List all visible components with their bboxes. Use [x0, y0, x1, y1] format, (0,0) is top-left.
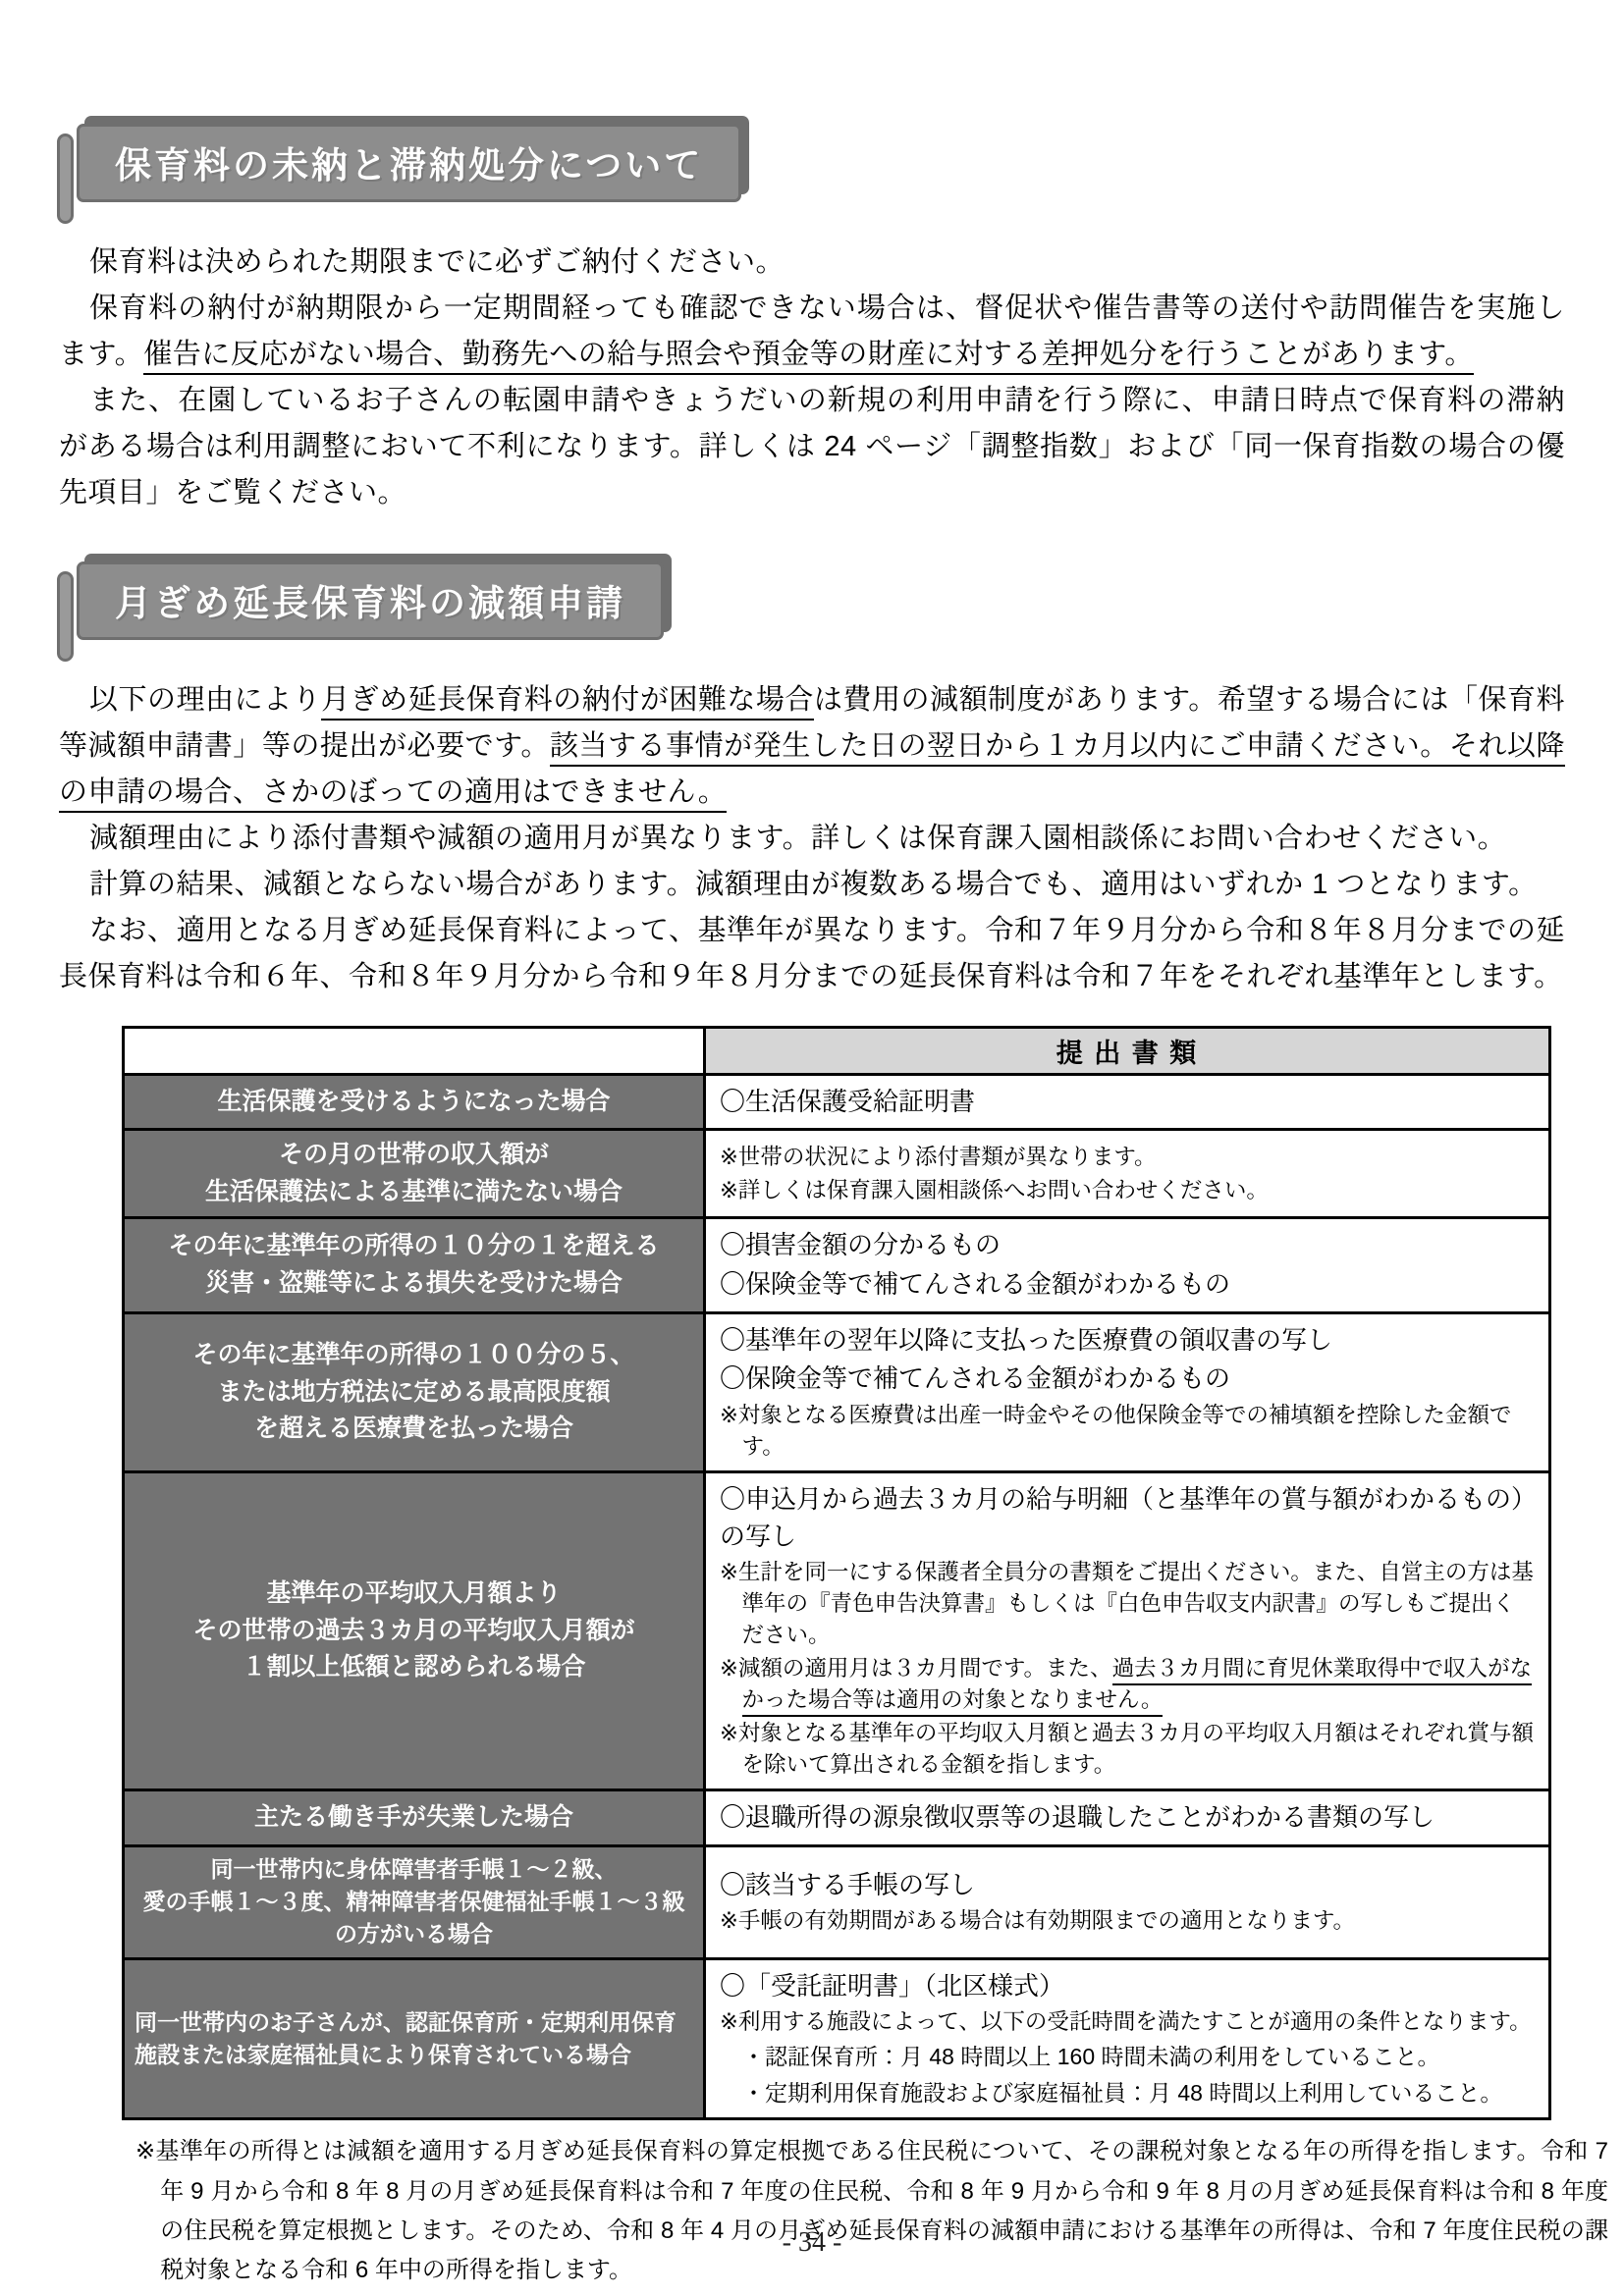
document-line: ・定期利用保育施設および家庭福祉員：月 48 時間以上利用していること。 [720, 2076, 1535, 2110]
document-line: ※利用する施設によって、以下の受託時間を満たすことが適用の条件となります。 [720, 2006, 1535, 2038]
table-row: その年に基準年の所得の１００分の５、 または地方税法に定める最高限度額 を超える… [124, 1312, 1550, 1471]
text-run: なお、適用となる月ぎめ延長保育料によって、基準年が異なります。令和７年９月分から… [59, 915, 1565, 992]
condition-cell: その年に基準年の所得の１０分の１を超える 災害・盗難等による損失を受けた場合 [124, 1218, 705, 1312]
document-line: ※手帳の有効期間がある場合は有効期限までの適用となります。 [720, 1905, 1535, 1937]
text-run: ※世帯の状況により添付書類が異なります。 [720, 1145, 1157, 1169]
documents-cell: 〇生活保護受給証明書 [705, 1074, 1550, 1130]
document-line: 〇生活保護受給証明書 [720, 1084, 1535, 1121]
text-run: 〇退職所得の源泉徴収票等の退職したことがわかる書類の写し [720, 1802, 1435, 1832]
section2-title: 月ぎめ延長保育料の減額申請 [115, 573, 625, 626]
paragraph: また、在園しているお子さんの転園申請やきょうだいの新規の利用申請を行う際に、申請… [59, 378, 1565, 516]
document-line: ※対象となる基準年の平均収入月額と過去３カ月の平均収入月額はそれぞれ賞与額を除い… [720, 1718, 1535, 1781]
documents-cell: 〇該当する手帳の写し※手帳の有効期間がある場合は有効期限までの適用となります。 [705, 1845, 1550, 1958]
text-run: ※減額の適用月は３カ月間です。また、 [720, 1656, 1112, 1681]
documents-cell: 〇基準年の翌年以降に支払った医療費の領収書の写し〇保険金等で補てんされる金額がわ… [705, 1312, 1550, 1471]
document-line: ※世帯の状況により添付書類が異なります。 [720, 1142, 1535, 1173]
section2-banner: 月ぎめ延長保育料の減額申請 [59, 561, 1565, 640]
text-run: ※詳しくは保育課入園相談係へお問い合わせください。 [720, 1178, 1269, 1202]
condition-cell: 同一世帯内のお子さんが、認証保育所・定期利用保育施設または家庭福祉員により保育さ… [124, 1958, 705, 2119]
document-line: 〇保険金等で補てんされる金額がわかるもの [720, 1266, 1535, 1304]
document-line: 〇「受託証明書」（北区様式） [720, 1968, 1535, 2005]
section1-title: 保育料の未納と滞納処分について [115, 135, 703, 188]
section1-banner: 保育料の未納と滞納処分について [59, 124, 1565, 202]
required-documents-table: 提 出 書 類 生活保護を受けるようになった場合〇生活保護受給証明書その月の世帯… [122, 1026, 1551, 2121]
empty-corner-cell [124, 1027, 705, 1074]
documents-column-header: 提 出 書 類 [705, 1027, 1550, 1074]
document-line: 〇基準年の翌年以降に支払った医療費の領収書の写し [720, 1322, 1535, 1360]
document-line: 〇申込月から過去３カ月の給与明細（と基準年の賞与額がわかるもの）の写し [720, 1481, 1535, 1555]
text-run: ※手帳の有効期間がある場合は有効期限までの適用となります。 [720, 1908, 1355, 1933]
text-run: また、在園しているお子さんの転園申請やきょうだいの新規の利用申請を行う際に、申請… [59, 385, 1565, 508]
table-row: 同一世帯内に身体障害者手帳１～２級、 愛の手帳１～３度、精神障害者保健福祉手帳１… [124, 1845, 1550, 1958]
banner-face: 保育料の未納と滞納処分について [77, 124, 741, 202]
table-row: 主たる働き手が失業した場合〇退職所得の源泉徴収票等の退職したことがわかる書類の写… [124, 1789, 1550, 1845]
page-number: - 34 - [0, 2227, 1624, 2259]
banner-face: 月ぎめ延長保育料の減額申請 [77, 561, 664, 640]
condition-cell: その月の世帯の収入額が 生活保護法による基準に満たない場合 [124, 1130, 705, 1218]
text-run: 〇「受託証明書」（北区様式） [720, 1971, 1064, 2001]
paragraph: 保育料の納付が納期限から一定期間経っても確認できない場合は、督促状や催告書等の送… [59, 286, 1565, 378]
document-line: ・認証保育所：月 48 時間以上 160 時間未満の利用をしていること。 [720, 2040, 1535, 2074]
text-run: 〇保険金等で補てんされる金額がわかるもの [720, 1269, 1230, 1299]
text-run: ※対象となる基準年の平均収入月額と過去３カ月の平均収入月額はそれぞれ賞与額を除い… [720, 1721, 1534, 1777]
underlined-text: 催告に反応がない場合、勤務先への給与照会や預金等の財産に対する差押処分を行うこと… [143, 339, 1474, 375]
banner-accent-bar [57, 571, 74, 662]
document-line: 〇該当する手帳の写し [720, 1867, 1535, 1904]
table-row: その年に基準年の所得の１０分の１を超える 災害・盗難等による損失を受けた場合〇損… [124, 1218, 1550, 1312]
text-run: 以下の理由により [89, 684, 321, 716]
footnote: ※基準年の所得とは減額を適用する月ぎめ延長保育料の算定根拠である住民税について、… [135, 2132, 1608, 2290]
text-run: 〇保険金等で補てんされる金額がわかるもの [720, 1363, 1230, 1393]
condition-cell: 生活保護を受けるようになった場合 [124, 1074, 705, 1130]
table-row: 生活保護を受けるようになった場合〇生活保護受給証明書 [124, 1074, 1550, 1130]
documents-cell: ※世帯の状況により添付書類が異なります。※詳しくは保育課入園相談係へお問い合わせ… [705, 1130, 1550, 1218]
text-run: 〇申込月から過去３カ月の給与明細（と基準年の賞与額がわかるもの）の写し [720, 1484, 1524, 1551]
text-run: 計算の結果、減額とならない場合があります。減額理由が複数ある場合でも、適用はいず… [89, 869, 1538, 900]
paragraph: 計算の結果、減額とならない場合があります。減額理由が複数ある場合でも、適用はいず… [59, 862, 1565, 908]
document-line: 〇保険金等で補てんされる金額がわかるもの [720, 1361, 1535, 1398]
text-run: ※利用する施設によって、以下の受託時間を満たすことが適用の条件となります。 [720, 2009, 1532, 2034]
section1-paragraphs: 保育料は決められた期限までに必ずご納付ください。保育料の納付が納期限から一定期間… [59, 240, 1565, 516]
banner-accent-bar [57, 133, 74, 224]
condition-cell: その年に基準年の所得の１００分の５、 または地方税法に定める最高限度額 を超える… [124, 1312, 705, 1471]
paragraph: 以下の理由により月ぎめ延長保育料の納付が困難な場合は費用の減額制度があります。希… [59, 677, 1565, 816]
text-run: ・認証保育所：月 48 時間以上 160 時間未満の利用をしていること。 [742, 2044, 1440, 2069]
document-line: ※生計を同一にする保護者全員分の書類をご提出ください。また、自営主の方は基準年の… [720, 1557, 1535, 1651]
document-line: ※減額の適用月は３カ月間です。また、過去３カ月間に育児休業取得中で収入がなかった… [720, 1653, 1535, 1716]
text-run: 〇該当する手帳の写し [720, 1870, 975, 1899]
table-row: 同一世帯内のお子さんが、認証保育所・定期利用保育施設または家庭福祉員により保育さ… [124, 1958, 1550, 2119]
underlined-text: 月ぎめ延長保育料の納付が困難な場合 [321, 684, 814, 721]
table-body: 生活保護を受けるようになった場合〇生活保護受給証明書その月の世帯の収入額が 生活… [124, 1074, 1550, 2119]
condition-cell: 同一世帯内に身体障害者手帳１～２級、 愛の手帳１～３度、精神障害者保健福祉手帳１… [124, 1845, 705, 1958]
paragraph: 減額理由により添付書類や減額の適用月が異なります。詳しくは保育課入園相談係にお問… [59, 816, 1565, 862]
condition-cell: 主たる働き手が失業した場合 [124, 1789, 705, 1845]
documents-cell: 〇申込月から過去３カ月の給与明細（と基準年の賞与額がわかるもの）の写し※生計を同… [705, 1471, 1550, 1789]
page-content: 保育料の未納と滞納処分について 保育料は決められた期限までに必ずご納付ください。… [0, 124, 1624, 2290]
documents-cell: 〇退職所得の源泉徴収票等の退職したことがわかる書類の写し [705, 1789, 1550, 1845]
section1-banner-shape: 保育料の未納と滞納処分について [77, 124, 741, 202]
document-line: ※詳しくは保育課入園相談係へお問い合わせください。 [720, 1175, 1535, 1206]
document-line: ※対象となる医療費は出産一時金やその他保険金等での補填額を控除した金額です。 [720, 1400, 1535, 1463]
text-run: 保育料は決められた期限までに必ずご納付ください。 [89, 246, 785, 278]
paragraph: 保育料は決められた期限までに必ずご納付ください。 [59, 240, 1565, 286]
table-row: 基準年の平均収入月額より その世帯の過去３カ月の平均収入月額が １割以上低額と認… [124, 1471, 1550, 1789]
paragraph: なお、適用となる月ぎめ延長保育料によって、基準年が異なります。令和７年９月分から… [59, 908, 1565, 1000]
text-run: ※対象となる医療費は出産一時金やその他保険金等での補填額を控除した金額です。 [720, 1403, 1511, 1459]
table-header-row: 提 出 書 類 [124, 1027, 1550, 1074]
document-line: 〇退職所得の源泉徴収票等の退職したことがわかる書類の写し [720, 1799, 1535, 1837]
document-line: 〇損害金額の分かるもの [720, 1227, 1535, 1264]
text-run: ※生計を同一にする保護者全員分の書類をご提出ください。また、自営主の方は基準年の… [720, 1560, 1534, 1647]
condition-cell: 基準年の平均収入月額より その世帯の過去３カ月の平均収入月額が １割以上低額と認… [124, 1471, 705, 1789]
text-run: 〇生活保護受給証明書 [720, 1087, 975, 1116]
text-run: 減額理由により添付書類や減額の適用月が異なります。詳しくは保育課入園相談係にお問… [89, 823, 1506, 854]
text-run: 〇基準年の翌年以降に支払った医療費の領収書の写し [720, 1325, 1332, 1355]
section2-paragraphs: 以下の理由により月ぎめ延長保育料の納付が困難な場合は費用の減額制度があります。希… [59, 677, 1565, 1000]
text-run: ※基準年の所得とは減額を適用する月ぎめ延長保育料の算定根拠である住民税について、… [135, 2138, 1608, 2283]
documents-cell: 〇「受託証明書」（北区様式）※利用する施設によって、以下の受託時間を満たすことが… [705, 1958, 1550, 2119]
text-run: ・定期利用保育施設および家庭福祉員：月 48 時間以上利用していること。 [742, 2080, 1502, 2106]
documents-cell: 〇損害金額の分かるもの〇保険金等で補てんされる金額がわかるもの [705, 1218, 1550, 1312]
text-run: 〇損害金額の分かるもの [720, 1230, 1001, 1259]
table-row: その月の世帯の収入額が 生活保護法による基準に満たない場合※世帯の状況により添付… [124, 1130, 1550, 1218]
section2-banner-shape: 月ぎめ延長保育料の減額申請 [77, 561, 664, 640]
